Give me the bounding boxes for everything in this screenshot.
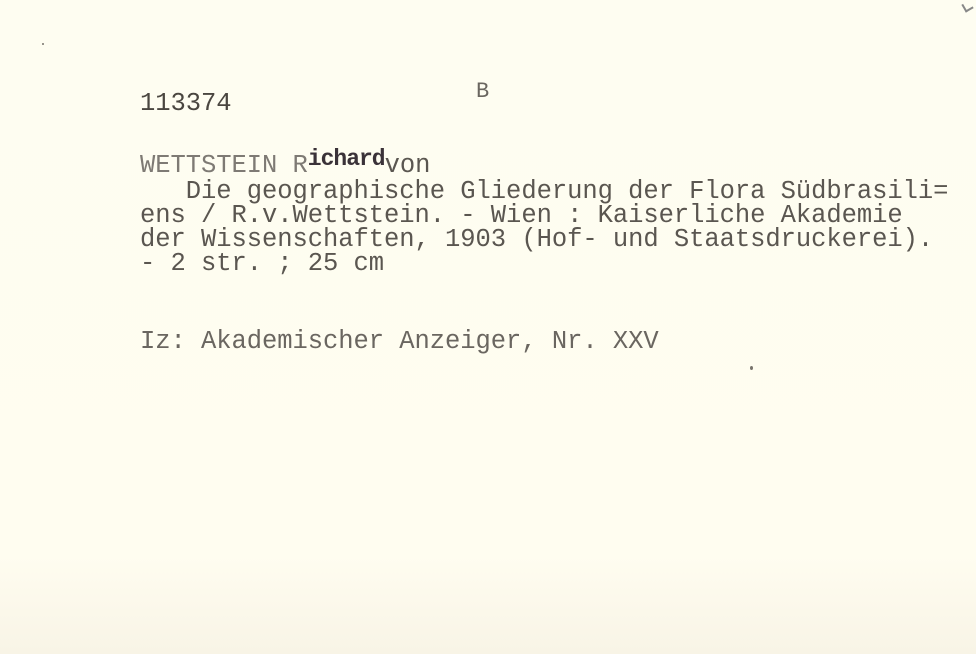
author-surname: WETTSTEIN R [140, 151, 308, 180]
check-mark-icon [961, 0, 973, 12]
author-forename: ichard [308, 146, 385, 172]
source-note: Iz: Akademischer Anzeiger, Nr. XXV [140, 330, 659, 354]
ink-speck [750, 366, 753, 370]
author-heading: WETTSTEIN Richardvon [140, 154, 430, 178]
call-number: 113374 [140, 92, 232, 116]
catalog-card: 113374 B WETTSTEIN Richardvon Die geogra… [0, 0, 976, 654]
ink-speck [42, 43, 44, 45]
location-code: B [476, 80, 489, 104]
description-line: - 2 str. ; 25 cm [140, 252, 384, 276]
author-particle: von [385, 151, 431, 180]
